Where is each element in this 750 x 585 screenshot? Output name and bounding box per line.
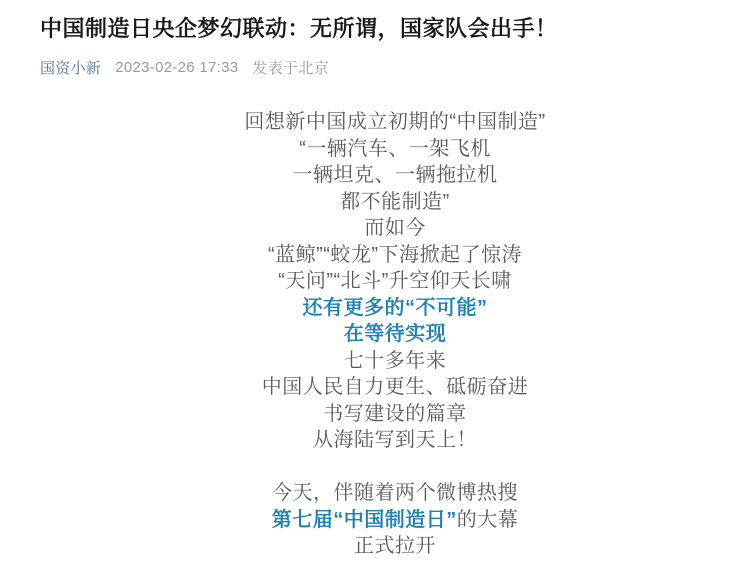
emphasis-line: 在等待实现 bbox=[40, 321, 750, 348]
body-line: 中国人民自力更生、砥砺奋进 bbox=[40, 374, 750, 401]
emphasis-fragment: 第七届“中国制造日” bbox=[272, 509, 457, 531]
body-line: 一辆坦克、一辆拖拉机 bbox=[40, 162, 750, 189]
body-line: 回想新中国成立初期的“中国制造” bbox=[40, 109, 750, 136]
body-line: 今天，伴随着两个微博热搜 bbox=[40, 480, 750, 507]
body-line: “一辆汽车、一架飞机 bbox=[40, 136, 750, 163]
article-body: 回想新中国成立初期的“中国制造” “一辆汽车、一架飞机 一辆坦克、一辆拖拉机 都… bbox=[40, 109, 750, 560]
body-line: 而如今 bbox=[40, 215, 750, 242]
publish-datetime: 2023-02-26 17:33 bbox=[115, 59, 238, 76]
body-line: 书写建设的篇章 bbox=[40, 401, 750, 428]
author-link[interactable]: 国资小新 bbox=[40, 57, 101, 78]
body-line: 都不能制造” bbox=[40, 189, 750, 216]
body-line: “蓝鲸”“蛟龙”下海掀起了惊涛 bbox=[40, 242, 750, 269]
body-line: 正式拉开 bbox=[40, 533, 750, 560]
meta-row: 国资小新 2023-02-26 17:33 发表于北京 bbox=[40, 57, 750, 78]
plain-fragment: 的大幕 bbox=[457, 509, 519, 531]
body-line: 七十多年来 bbox=[40, 348, 750, 375]
article-page: 中国制造日央企梦幻联动：无所谓，国家队会出手！ 国资小新 2023-02-26 … bbox=[0, 0, 750, 560]
page-title: 中国制造日央企梦幻联动：无所谓，国家队会出手！ bbox=[40, 14, 750, 44]
body-line: 从海陆写到天上！ bbox=[40, 427, 750, 454]
publish-location: 发表于北京 bbox=[252, 57, 329, 78]
emphasis-line: 还有更多的“不可能” bbox=[40, 295, 750, 322]
body-line-mixed: 第七届“中国制造日”的大幕 bbox=[40, 507, 750, 534]
body-line: “天问”“北斗”升空仰天长啸 bbox=[40, 268, 750, 295]
stanza-break bbox=[40, 454, 750, 481]
